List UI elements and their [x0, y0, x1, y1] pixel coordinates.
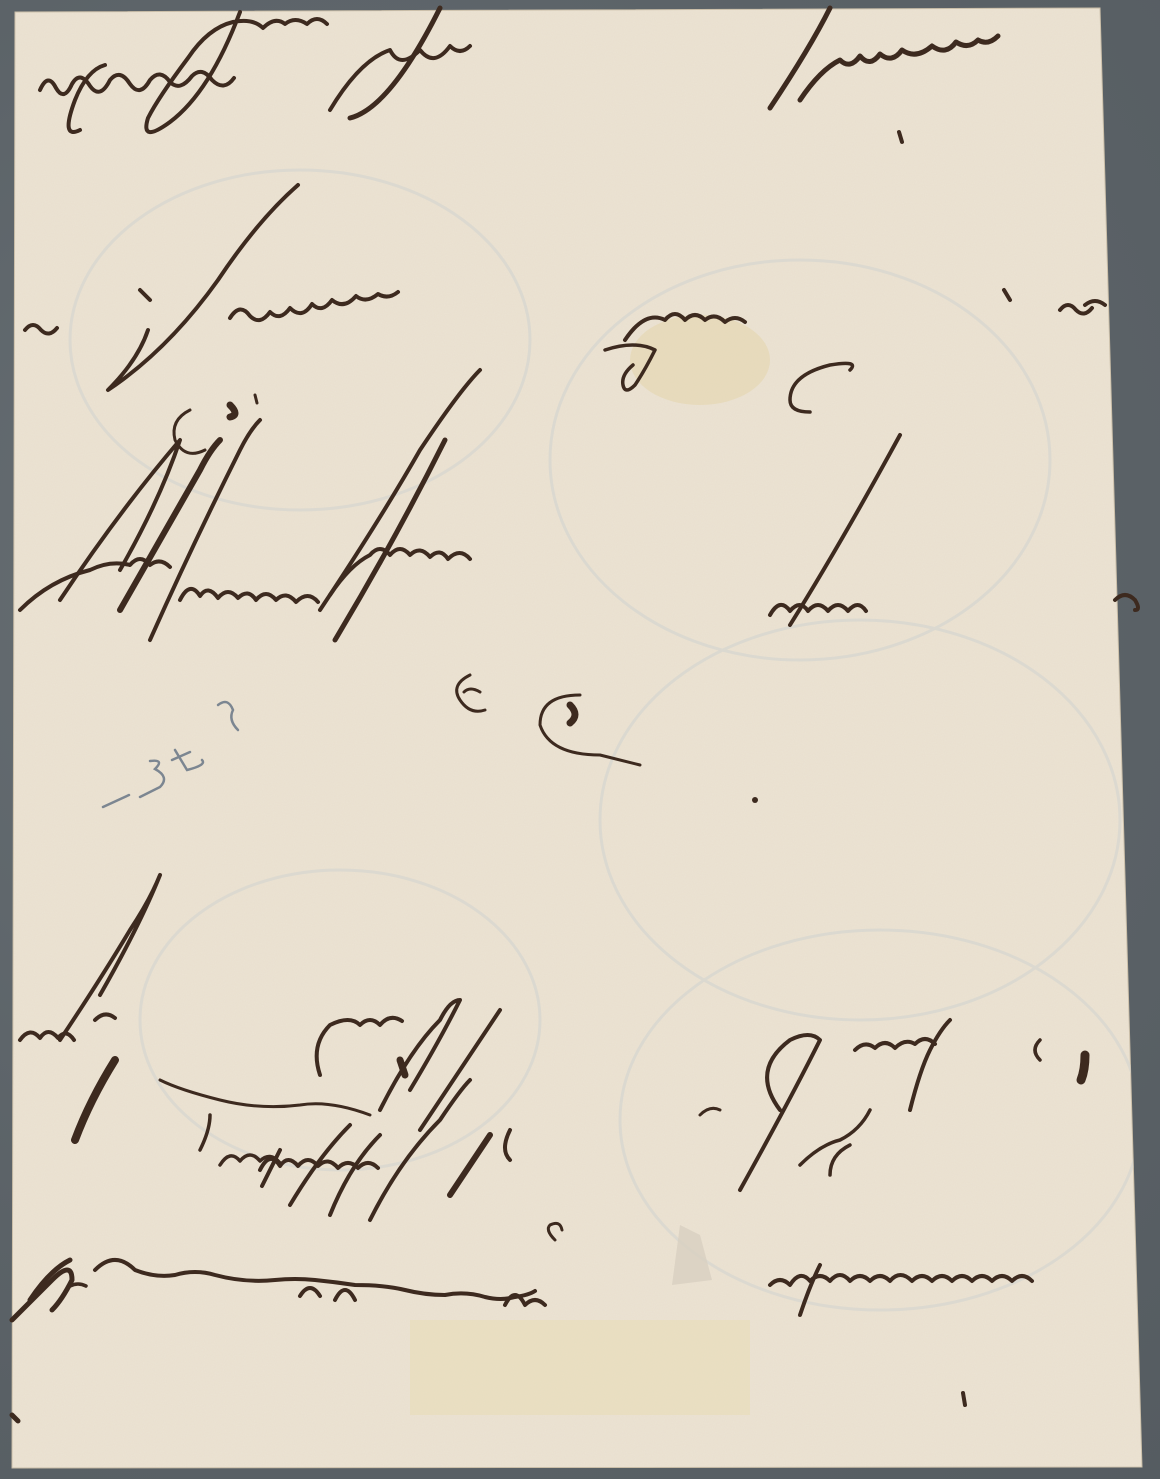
photo-scene: 375- — [0, 0, 1160, 1479]
paper-stain — [410, 1320, 750, 1415]
paper-fragment — [0, 0, 1160, 1479]
